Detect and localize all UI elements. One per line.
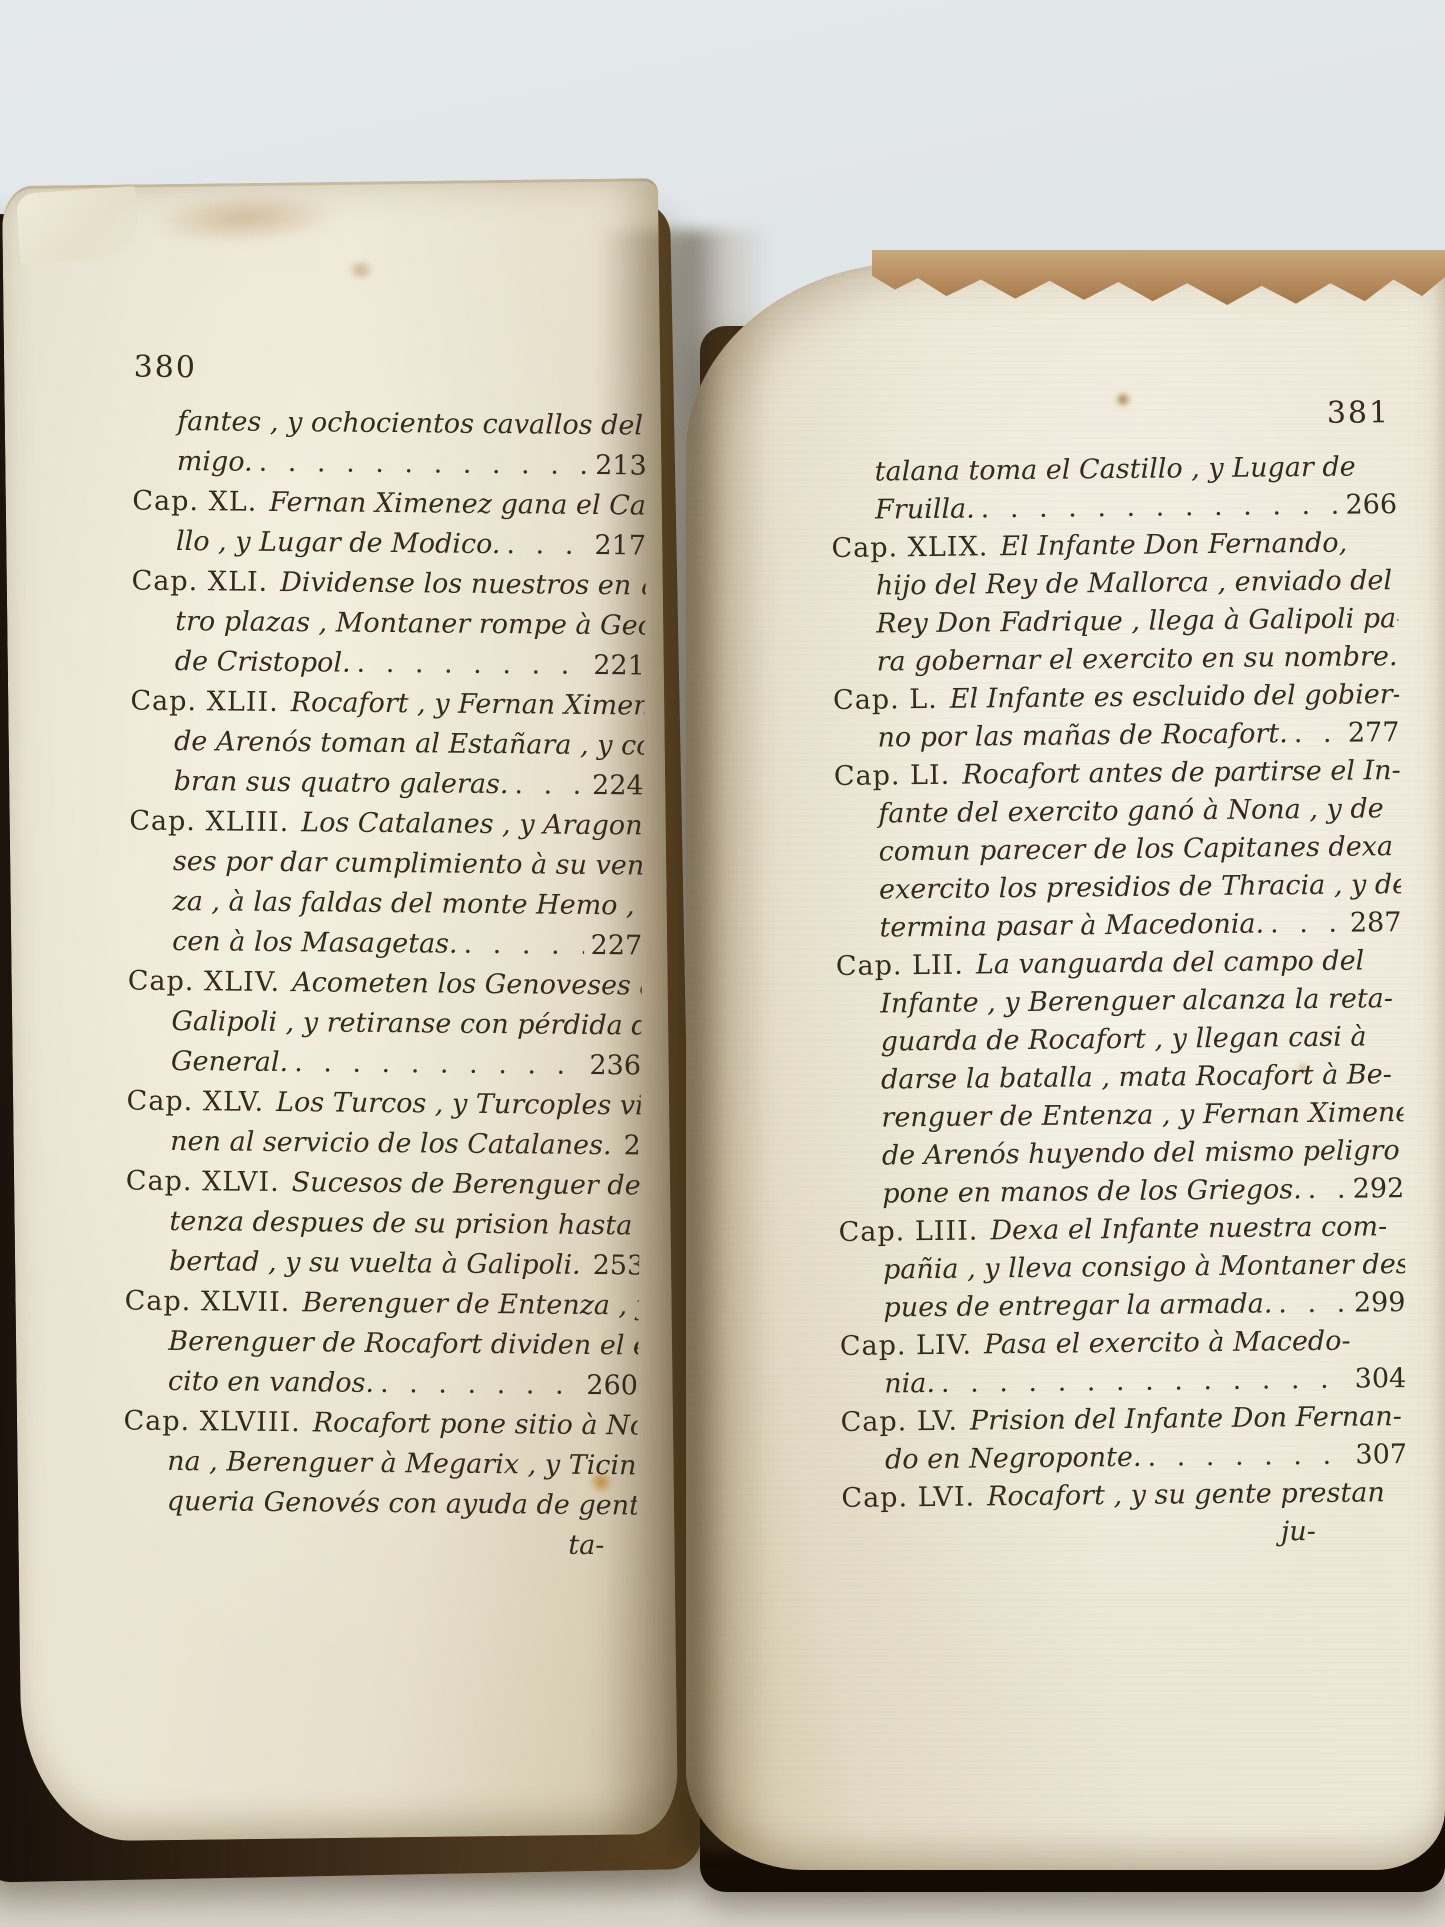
chapter-label: Cap. L. [833, 684, 938, 716]
entry-text: na , Berenguer à Megarix , y Ticin Ja- [167, 1446, 637, 1482]
entry-text: exercito los presidios de Thracia , y de… [879, 869, 1401, 905]
page-ref: 299 [1348, 1287, 1406, 1319]
chapter-label: Cap. XLI. [131, 566, 268, 598]
toc-line: ses por dar cumplimiento à su vengan- [129, 846, 643, 891]
entry-text: llo , y Lugar de Modico. [176, 526, 501, 560]
dot-leaders: . . . . . . . . . . . . . . . . . . . . … [253, 447, 590, 481]
toc-line: Cap. XLVII.Berenguer de Entenza , y [124, 1286, 638, 1331]
left-catchword: ta- [122, 1526, 636, 1571]
dot-leaders: . . . . . . . . . . . . . . . . . . . . … [350, 648, 587, 681]
toc-line: ra gobernar el exercito en su nombre.. .… [833, 641, 1399, 685]
toc-line: Cap. XLVI.Sucesos de Berenguer de En- [126, 1166, 640, 1211]
right-catchword: ju- [842, 1515, 1408, 1559]
entry-text: Rocafort pone sitio à No- [313, 1407, 638, 1441]
entry-text: Prision del Infante Don Fernan- [970, 1401, 1402, 1437]
toc-line: Cap. LVI.Rocafort , y su gente prestan [841, 1477, 1407, 1521]
toc-line: Cap. LIV.Pasa el exercito à Macedo- [840, 1325, 1406, 1369]
page-ref: 245 [617, 1130, 640, 1162]
toc-line: termina pasar à Macedonia.. . . . . . . … [835, 907, 1401, 951]
entry-text: Rey Don Fadrique , llega à Galipoli pa- [876, 603, 1398, 639]
entry-text: ses por dar cumplimiento à su vengan- [173, 846, 643, 882]
entry-text: talana toma el Castillo , y Lugar de [875, 451, 1356, 487]
entry-text: Berenguer de Rocafort dividen el exer- [168, 1326, 638, 1362]
foxing-spot [344, 262, 378, 278]
toc-line: cito en vandos.. . . . . . . . . . . . .… [124, 1366, 638, 1411]
entry-text: de Cristopol. [175, 646, 351, 679]
toc-line: queria Genovés con ayuda de gente Ca- [123, 1486, 637, 1531]
chapter-label: Cap. XLVIII. [123, 1406, 301, 1439]
entry-text: pone en manos de los Griegos. [882, 1174, 1302, 1209]
toc-line: na , Berenguer à Megarix , y Ticin Ja- [123, 1446, 637, 1491]
entry-text: El Infante Don Fernando, [1000, 528, 1347, 563]
chapter-label: Cap. XLIV. [128, 966, 281, 998]
toc-line: tro plazas , Montaner rompe à George [131, 606, 645, 651]
chapter-label: Cap. XLVI. [126, 1166, 280, 1198]
entry-text: de Arenós toman al Estañara , y co- [174, 726, 644, 762]
toc-line: pues de entregar la armada.. . . . . . .… [839, 1287, 1405, 1331]
entry-text: no por las mañas de Rocafort. [877, 718, 1288, 753]
entry-text: Los Catalanes , y Aragone- [301, 807, 643, 842]
toc-line: guarda de Rocafort , y llegan casi à [837, 1021, 1403, 1065]
dot-leaders: . . . . . . . . . . . . . . . . . . . . … [935, 1364, 1349, 1399]
toc-line: nia.. . . . . . . . . . . . . . . . . . … [840, 1363, 1406, 1407]
entry-text: hijo del Rey de Mallorca , enviado del [876, 565, 1393, 601]
toc-line: migo.. . . . . . . . . . . . . . . . . .… [133, 446, 647, 491]
dot-leaders: . . . . . . . . . . . . . . . . . . . . … [374, 1368, 581, 1401]
dot-leaders: . . . . . . . . . . . . . . . . . . . . … [288, 1047, 584, 1081]
dot-leaders: . . . . . . . . . . . . . . . . . . . . … [500, 529, 588, 561]
toc-line: darse la batalla , mata Rocafort à Be- [837, 1059, 1403, 1103]
page-ref: 221 [587, 650, 645, 682]
toc-line: nen al servicio de los Catalanes.. . . .… [126, 1126, 640, 1171]
photo-of-open-book: { "meta": { "kind": "photograph of an an… [0, 0, 1445, 1927]
toc-line: Cap. XL.Fernan Ximenez gana el Casti- [132, 486, 646, 531]
entry-text: Dexa el Infante nuestra com- [990, 1211, 1387, 1246]
right-folio-number: 381 [830, 395, 1397, 457]
page-ref: 227 [584, 930, 642, 962]
chapter-label: Cap. LII. [836, 950, 964, 982]
page-ref: 253 [587, 1250, 640, 1282]
toc-line: hijo del Rey de Mallorca , enviado del [832, 565, 1398, 609]
entry-text: Berenguer de Entenza , y [302, 1287, 639, 1321]
page-ref: 236 [583, 1050, 641, 1082]
entry-text: Fernan Ximenez gana el Casti- [269, 487, 646, 522]
entry-text: Los Turcos , y Turcoples vie- [276, 1087, 641, 1122]
entry-text: comun parecer de los Capitanes dexa el [879, 831, 1401, 867]
entry-text: queria Genovés con ayuda de gente Ca- [167, 1486, 637, 1522]
dot-leaders: . . . . . . . . . . . . . . . . . . . . … [1302, 1174, 1347, 1205]
entry-text: ra gobernar el exercito en su nombre. [877, 641, 1398, 677]
entry-text: termina pasar à Macedonia. [879, 908, 1264, 943]
entry-text: El Infante es escluido del gobier- [950, 679, 1400, 715]
entry-text: bertad , y su vuelta à Galipoli. [169, 1246, 581, 1281]
toc-line: do en Negroponte.. . . . . . . . . . . .… [841, 1439, 1407, 1483]
entry-text: fantes , y ochocientos cavallos del ene- [177, 406, 647, 442]
toc-line: General.. . . . . . . . . . . . . . . . … [127, 1046, 641, 1091]
toc-line: llo , y Lugar de Modico.. . . . . . . . … [132, 526, 646, 571]
dot-leaders: . . . . . . . . . . . . . . . . . . . . … [1272, 1288, 1348, 1320]
toc-line: Rey Don Fadrique , llega à Galipoli pa- [832, 603, 1398, 647]
page-ref: 266 [1339, 489, 1397, 521]
dot-leaders: . . . . . . . . . . . . . . . . . . . . … [975, 490, 1340, 525]
chapter-label: Cap. XLIX. [831, 531, 988, 564]
toc-line: Cap. LI.Rocafort antes de partirse el In… [834, 755, 1400, 799]
chapter-label: Cap. LIII. [838, 1215, 978, 1247]
chapter-label: Cap. XLV. [126, 1086, 264, 1118]
chapter-label: Cap. LV. [840, 1406, 958, 1438]
right-toc-lines: talana toma el Castillo , y Lugar deFrui… [831, 451, 1408, 1521]
dot-leaders: . . . . . . . . . . . . . . . . . . . . … [1264, 908, 1344, 940]
chapter-label: Cap. XLIII. [129, 806, 289, 839]
entry-text: Rocafort antes de partirse el In- [962, 755, 1400, 791]
dot-leaders: . . . . . . . . . . . . . . . . . . . . … [457, 929, 584, 961]
chapter-label: Cap. XLII. [130, 686, 279, 718]
entry-text: La vanguarda del campo del [976, 945, 1365, 980]
chapter-label: Cap. LVI. [841, 1482, 975, 1514]
toc-line: tenza despues de su prision hasta su li- [125, 1206, 639, 1251]
entry-text: de Arenós huyendo del mismo peligro se [882, 1135, 1404, 1171]
entry-text: renguer de Entenza , y Fernan Ximenez [881, 1097, 1403, 1133]
page-ref: 287 [1344, 907, 1402, 939]
toc-line: Infante , y Berenguer alcanza la reta- [836, 983, 1402, 1027]
dot-leaders: . . . . . . . . . . . . . . . . . . . . … [1288, 718, 1342, 750]
entry-text: tenza despues de su prision hasta su li- [169, 1206, 639, 1242]
toc-line: Cap. XLII.Rocafort , y Fernan Ximenez [130, 686, 644, 731]
left-page-text: 380 fantes , y ochocientos cavallos del … [122, 350, 648, 1571]
entry-text: cito en vandos. [168, 1366, 374, 1399]
page-ref: 307 [1349, 1439, 1407, 1471]
toc-line: exercito los presidios de Thracia , y de… [835, 869, 1401, 913]
entry-text: tro plazas , Montaner rompe à George [175, 606, 645, 642]
toc-line: Fruilla.. . . . . . . . . . . . . . . . … [831, 489, 1397, 533]
page-ref: 277 [1342, 717, 1400, 749]
entry-text: bran sus quatro galeras. [174, 766, 509, 800]
entry-text: Pasa el exercito à Macedo- [984, 1326, 1351, 1361]
toc-line: Cap. LII.La vanguarda del campo del [836, 945, 1402, 989]
toc-line: Cap. XLIX.El Infante Don Fernando, [831, 527, 1397, 571]
entry-text: Sucesos de Berenguer de En- [292, 1167, 640, 1202]
toc-line: Cap. L.El Infante es escluido del gobier… [833, 679, 1399, 723]
toc-line: pone en manos de los Griegos.. . . . . .… [838, 1173, 1404, 1217]
toc-line: de Arenós huyendo del mismo peligro se [838, 1135, 1404, 1179]
entry-text: Acometen los Genoveses à [292, 967, 642, 1001]
entry-text: Dividense los nuestros en qua- [280, 567, 646, 602]
page-ref: 213 [589, 450, 647, 482]
left-toc-lines: fantes , y ochocientos cavallos del ene-… [123, 406, 648, 1531]
toc-line: Cap. XLIV.Acometen los Genoveses à [128, 966, 642, 1011]
page-ref: 224 [586, 770, 644, 802]
entry-text: migo. [177, 446, 253, 478]
toc-line: renguer de Entenza , y Fernan Ximenez [837, 1097, 1403, 1141]
page-ref: 260 [580, 1370, 638, 1402]
toc-line: Berenguer de Rocafort dividen el exer- [124, 1326, 638, 1371]
chapter-label: Cap. LI. [834, 760, 951, 792]
toc-line: Cap. LIII.Dexa el Infante nuestra com- [838, 1211, 1404, 1255]
toc-line: Cap. LV.Prision del Infante Don Fernan- [840, 1401, 1406, 1445]
entry-text: do en Negroponte. [885, 1442, 1142, 1476]
chapter-label: Cap. XL. [132, 486, 257, 518]
entry-text: guarda de Rocafort , y llegan casi à [881, 1021, 1367, 1057]
toc-line: comun parecer de los Capitanes dexa el [835, 831, 1401, 875]
dot-leaders: . . . . . . . . . . . . . . . . . . . . … [1141, 1440, 1349, 1473]
right-page-text: 381 talana toma el Castillo , y Lugar de… [830, 395, 1408, 1559]
toc-line: de Cristopol.. . . . . . . . . . . . . .… [131, 646, 645, 691]
toc-line: pañia , y lleva consigo à Montaner des- [839, 1249, 1405, 1293]
page-ref: 217 [588, 530, 646, 562]
toc-line: Cap. XLVIII.Rocafort pone sitio à No- [123, 1406, 637, 1451]
page-ref: 292 [1347, 1173, 1405, 1205]
entry-text: darse la batalla , mata Rocafort à Be- [881, 1059, 1392, 1095]
page-ref: 304 [1349, 1363, 1407, 1395]
toc-line: fante del exercito ganó à Nona , y de [834, 793, 1400, 837]
toc-line: no por las mañas de Rocafort.. . . . . .… [833, 717, 1399, 761]
toc-line: za , à las faldas del monte Hemo , ven- [128, 886, 642, 931]
toc-line: de Arenós toman al Estañara , y co- [130, 726, 644, 771]
entry-text: cen à los Masagetas. [172, 926, 458, 960]
entry-text: nen al servicio de los Catalanes. [170, 1126, 612, 1161]
entry-text: Rocafort , y su gente prestan [987, 1477, 1385, 1512]
toc-line: bran sus quatro galeras.. . . . . . . . … [129, 766, 643, 811]
dot-leaders: . . . . . . . . . . . . . . . . . . . . … [508, 769, 586, 801]
entry-text: nia. [884, 1368, 935, 1400]
entry-text: za , à las faldas del monte Hemo , ven- [172, 886, 642, 922]
left-folio-number: 380 [133, 350, 648, 411]
toc-line: talana toma el Castillo , y Lugar de [831, 451, 1397, 495]
stain-top-left [149, 187, 341, 249]
toc-line: Galipoli , y retiranse con pérdida de su [127, 1006, 641, 1051]
entry-text: pañia , y lleva consigo à Montaner des- [883, 1249, 1405, 1285]
entry-text: fante del exercito ganó à Nona , y de [878, 793, 1384, 829]
entry-text: Galipoli , y retiranse con pérdida de su [171, 1006, 641, 1042]
entry-text: General. [171, 1046, 288, 1078]
chapter-label: Cap. XLVII. [125, 1286, 291, 1319]
toc-line: cen à los Masagetas.. . . . . . . . . . … [128, 926, 642, 971]
chapter-label: Cap. LIV. [840, 1330, 972, 1362]
toc-line: bertad , y su vuelta à Galipoli.. . . . … [125, 1246, 639, 1291]
toc-line: Cap. XLIII.Los Catalanes , y Aragone- [129, 806, 643, 851]
toc-line: fantes , y ochocientos cavallos del ene- [133, 406, 647, 451]
toc-line: Cap. XLI.Dividense los nuestros en qua- [131, 566, 645, 611]
entry-text: pues de entregar la armada. [883, 1288, 1272, 1323]
toc-line: Cap. XLV.Los Turcos , y Turcoples vie- [126, 1086, 640, 1131]
entry-text: Infante , y Berenguer alcanza la reta- [880, 983, 1393, 1019]
entry-text: Rocafort , y Fernan Ximenez [291, 687, 645, 722]
entry-text: Fruilla. [875, 493, 975, 525]
